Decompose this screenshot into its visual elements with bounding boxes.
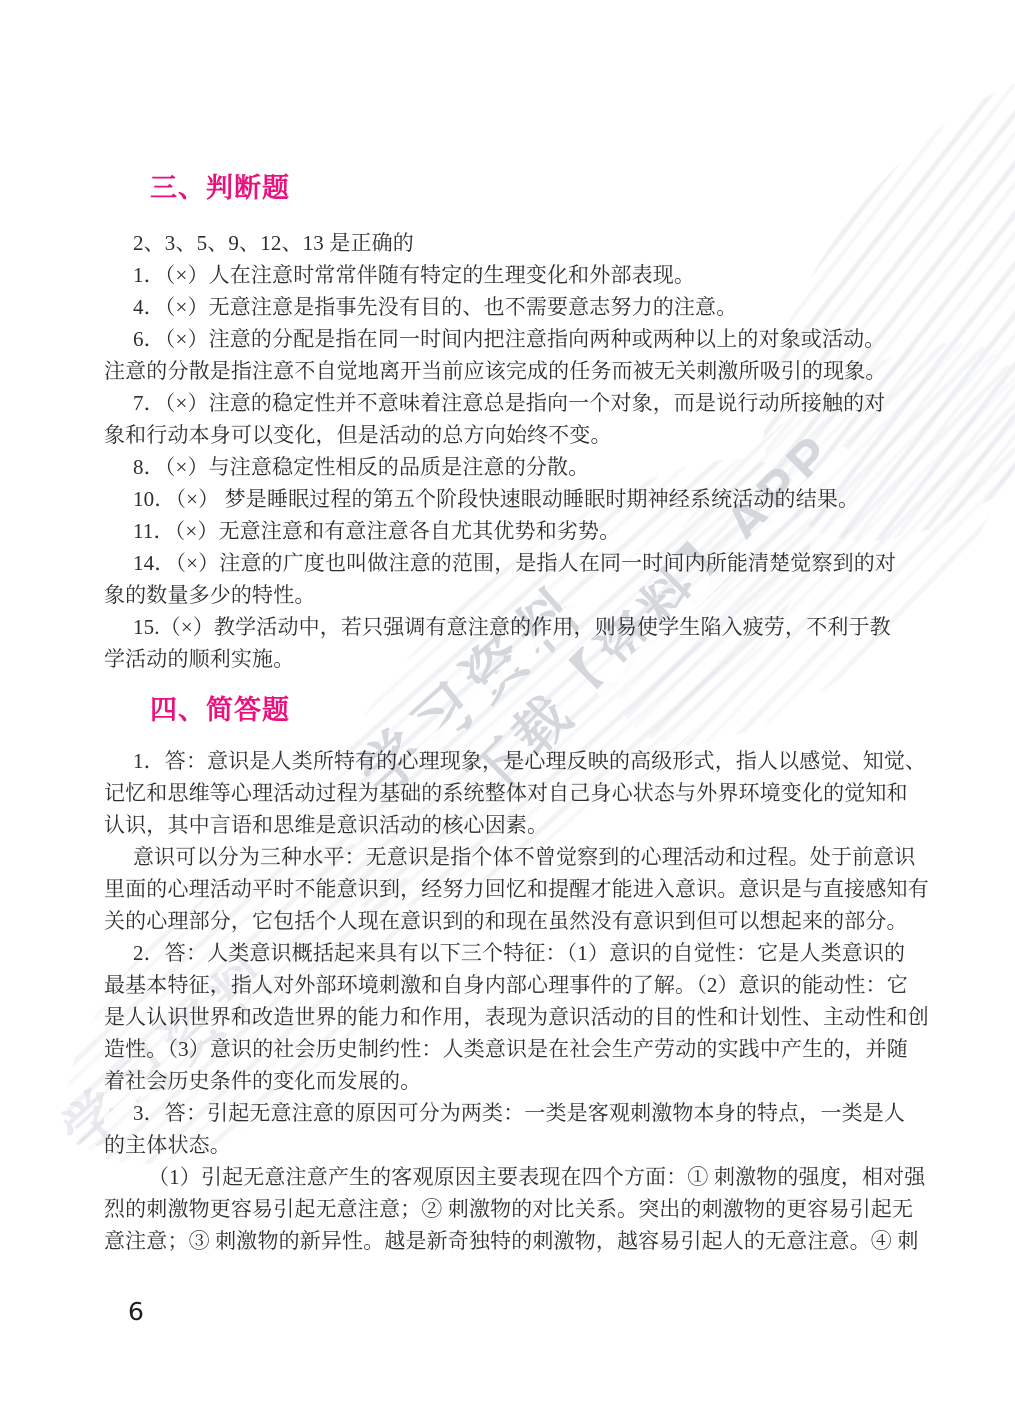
text-line: 学活动的顺利实施。 bbox=[104, 643, 916, 675]
text-line: 1．（×）人在注意时常常伴随有特定的生理变化和外部表现。 bbox=[104, 259, 916, 291]
text-line: 记忆和思维等心理活动过程为基础的系统整体对自己身心状态与外界环境变化的觉知和 bbox=[104, 777, 916, 809]
text-line: 着社会历史条件的变化而发展的。 bbox=[104, 1065, 916, 1097]
page: 学习资料 下载【资料】APP 学习资料 三、判断题 2、3、5、9、12、13 … bbox=[0, 0, 1015, 1413]
text-line: 关的心理部分，它包括个人现在意识到的和现在虽然没有意识到但可以想起来的部分。 bbox=[104, 905, 916, 937]
text-line: （1）引起无意注意产生的客观原因主要表现在四个方面：① 刺激物的强度，相对强 bbox=[104, 1161, 916, 1193]
text-line: 6．（×）注意的分配是指在同一时间内把注意指向两种或两种以上的对象或活动。 bbox=[104, 323, 916, 355]
text-line: 最基本特征，指人对外部环境刺激和自身内部心理事件的了解。（2）意识的能动性：它 bbox=[104, 969, 916, 1001]
section-heading-judgment: 三、判断题 bbox=[150, 172, 290, 205]
text-line: 意识可以分为三种水平：无意识是指个体不曾觉察到的心理活动和过程。处于前意识 bbox=[104, 841, 916, 873]
text-line: 3．答：引起无意注意的原因可分为两类：一类是客观刺激物本身的特点，一类是人 bbox=[104, 1097, 916, 1129]
page-number: 6 bbox=[128, 1294, 144, 1330]
text-line: 的主体状态。 bbox=[104, 1129, 916, 1161]
text-line: 8．（×）与注意稳定性相反的品质是注意的分散。 bbox=[104, 451, 916, 483]
text-line: 14．（×）注意的广度也叫做注意的范围，是指人在同一时间内所能清楚觉察到的对 bbox=[104, 547, 916, 579]
text-line: 象和行动本身可以变化，但是活动的总方向始终不变。 bbox=[104, 419, 916, 451]
text-line: 造性。（3）意识的社会历史制约性：人类意识是在社会生产劳动的实践中产生的，并随 bbox=[104, 1033, 916, 1065]
text-line: 烈的刺激物更容易引起无意注意；② 刺激物的对比关系。突出的刺激物的更容易引起无 bbox=[104, 1193, 916, 1225]
text-line: 15.（×）教学活动中，若只强调有意注意的作用，则易使学生陷入疲劳，不利于教 bbox=[104, 611, 916, 643]
page-content: 三、判断题 2、3、5、9、12、13 是正确的1．（×）人在注意时常常伴随有特… bbox=[104, 0, 916, 1413]
text-line: 认识，其中言语和思维是意识活动的核心因素。 bbox=[104, 809, 916, 841]
text-line: 11．（×）无意注意和有意注意各自尤其优势和劣势。 bbox=[104, 515, 916, 547]
text-line: 是人认识世界和改造世界的能力和作用，表现为意识活动的目的性和计划性、主动性和创 bbox=[104, 1001, 916, 1033]
section-heading-short-answer: 四、简答题 bbox=[150, 694, 290, 727]
text-line: 7．（×）注意的稳定性并不意味着注意总是指向一个对象，而是说行动所接触的对 bbox=[104, 387, 916, 419]
text-line: 象的数量多少的特性。 bbox=[104, 579, 916, 611]
text-line: 1．答：意识是人类所特有的心理现象，是心理反映的高级形式，指人以感觉、知觉、 bbox=[104, 745, 916, 777]
judgment-section-lines: 2、3、5、9、12、13 是正确的1．（×）人在注意时常常伴随有特定的生理变化… bbox=[104, 227, 916, 675]
text-line: 4．（×）无意注意是指事先没有目的、也不需要意志努力的注意。 bbox=[104, 291, 916, 323]
text-line: 里面的心理活动平时不能意识到，经努力回忆和提醒才能进入意识。意识是与直接感知有 bbox=[104, 873, 916, 905]
text-line: 意注意；③ 刺激物的新异性。越是新奇独特的刺激物，越容易引起人的无意注意。④ 刺 bbox=[104, 1225, 916, 1257]
short-answer-section-lines: 1．答：意识是人类所特有的心理现象，是心理反映的高级形式，指人以感觉、知觉、记忆… bbox=[104, 745, 916, 1257]
text-line: 10．（×） 梦是睡眠过程的第五个阶段快速眼动睡眠时期神经系统活动的结果。 bbox=[104, 483, 916, 515]
text-line: 注意的分散是指注意不自觉地离开当前应该完成的任务而被无关刺激所吸引的现象。 bbox=[104, 355, 916, 387]
text-line: 2、3、5、9、12、13 是正确的 bbox=[104, 227, 916, 259]
text-line: 2．答：人类意识概括起来具有以下三个特征：（1）意识的自觉性：它是人类意识的 bbox=[104, 937, 916, 969]
